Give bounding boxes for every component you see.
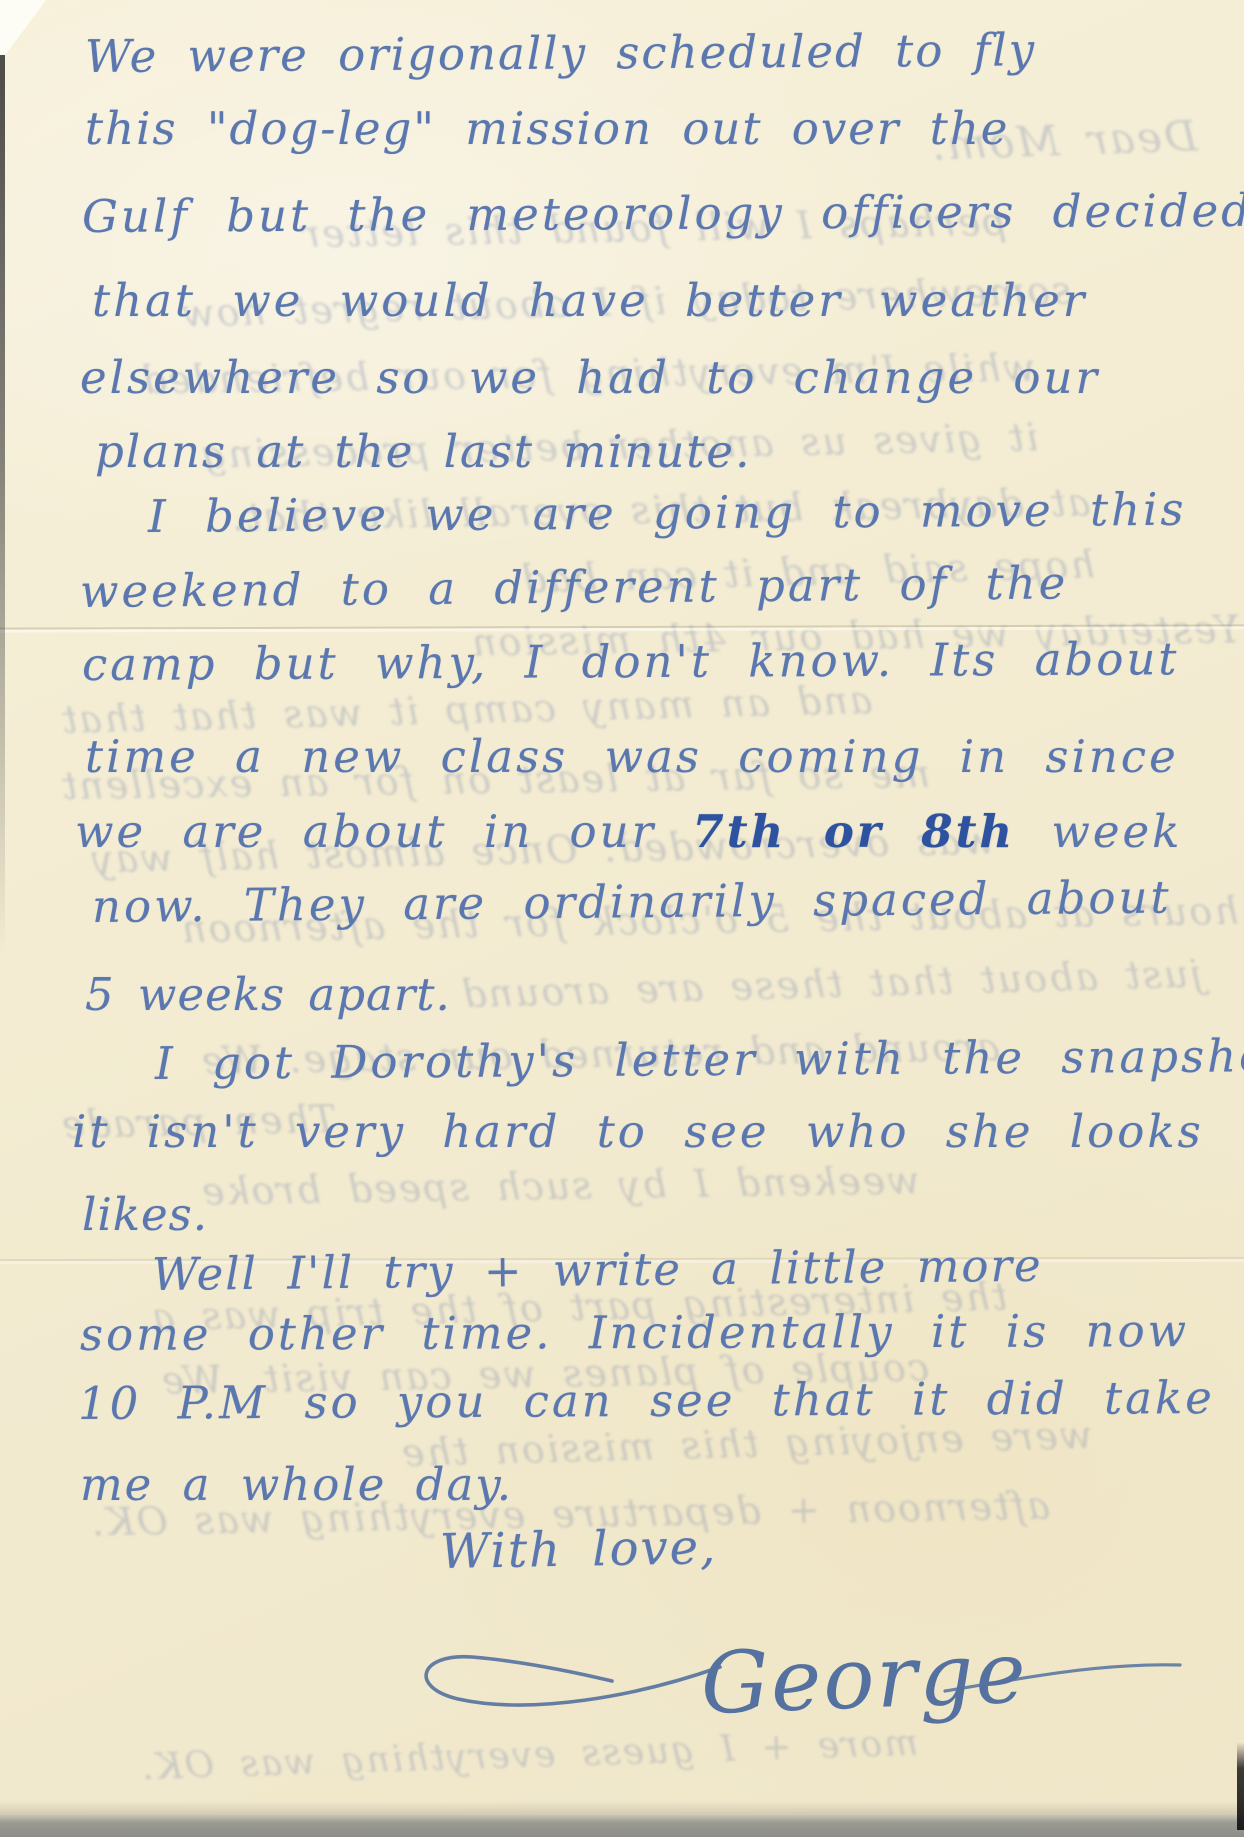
letter-line: me a whole day.: [80, 1460, 513, 1510]
letter-line: 10 P.M so you can see that it did take: [78, 1373, 1215, 1428]
page-corner-highlight: [0, 0, 46, 62]
letter-line: we are about in our 7th or 8th week: [75, 807, 1182, 857]
letter-line: plans at the last minute.: [95, 427, 751, 477]
letter-line: weekend to a different part of the: [80, 558, 1069, 616]
letter-line: I got Dorothy's letter with the snapshot…: [155, 1031, 1244, 1089]
letter-line: some other time. Incidentally it is now: [80, 1306, 1189, 1359]
letter-line: We were origonally scheduled to fly: [85, 25, 1036, 81]
signature-flourish: [426, 1657, 720, 1705]
bleedthrough-text: just about that these are around: [460, 952, 1203, 1017]
signature: George: [699, 1624, 1029, 1734]
signature-block: George: [380, 1595, 1240, 1805]
emphasized-week-number: 7th or 8th: [692, 805, 1015, 858]
letter-line: now. They are ordinarily spaced about: [92, 873, 1172, 932]
letter-line: it isn't very hard to see who she looks: [72, 1107, 1204, 1157]
letter-line: time a new class was coming in since: [85, 732, 1179, 782]
letter-line-suffix: week: [1015, 805, 1182, 858]
letter-line: likes.: [82, 1190, 208, 1240]
letter-page: Dear Mom. perhaps I will found this lett…: [0, 0, 1244, 1837]
letter-line: 5 weeks apart.: [85, 970, 451, 1020]
letter-line: Well I'll try + write a little more: [152, 1241, 1043, 1300]
scan-shadow-bottom: [0, 1801, 1244, 1815]
letter-line: I believe we are going to move this: [148, 485, 1187, 542]
closing: With love,: [440, 1521, 718, 1579]
scan-edge-left: [0, 55, 5, 955]
letter-line-prefix: we are about in our: [75, 805, 692, 858]
letter-line: camp but why, I don't know. Its about: [82, 634, 1180, 689]
letter-line: that we would have better weather: [92, 276, 1087, 326]
letter-line: Gulf but the meteorology officers decide…: [82, 186, 1244, 242]
letter-line: elsewhere so we had to change our: [80, 353, 1100, 403]
scan-edge-bottom-right: [1237, 1742, 1244, 1830]
letter-line: this "dog-leg" mission out over the: [85, 104, 1009, 154]
bleedthrough-text: weekend I by such speed broke: [200, 1158, 920, 1213]
scan-band-bottom: [0, 1815, 1244, 1837]
